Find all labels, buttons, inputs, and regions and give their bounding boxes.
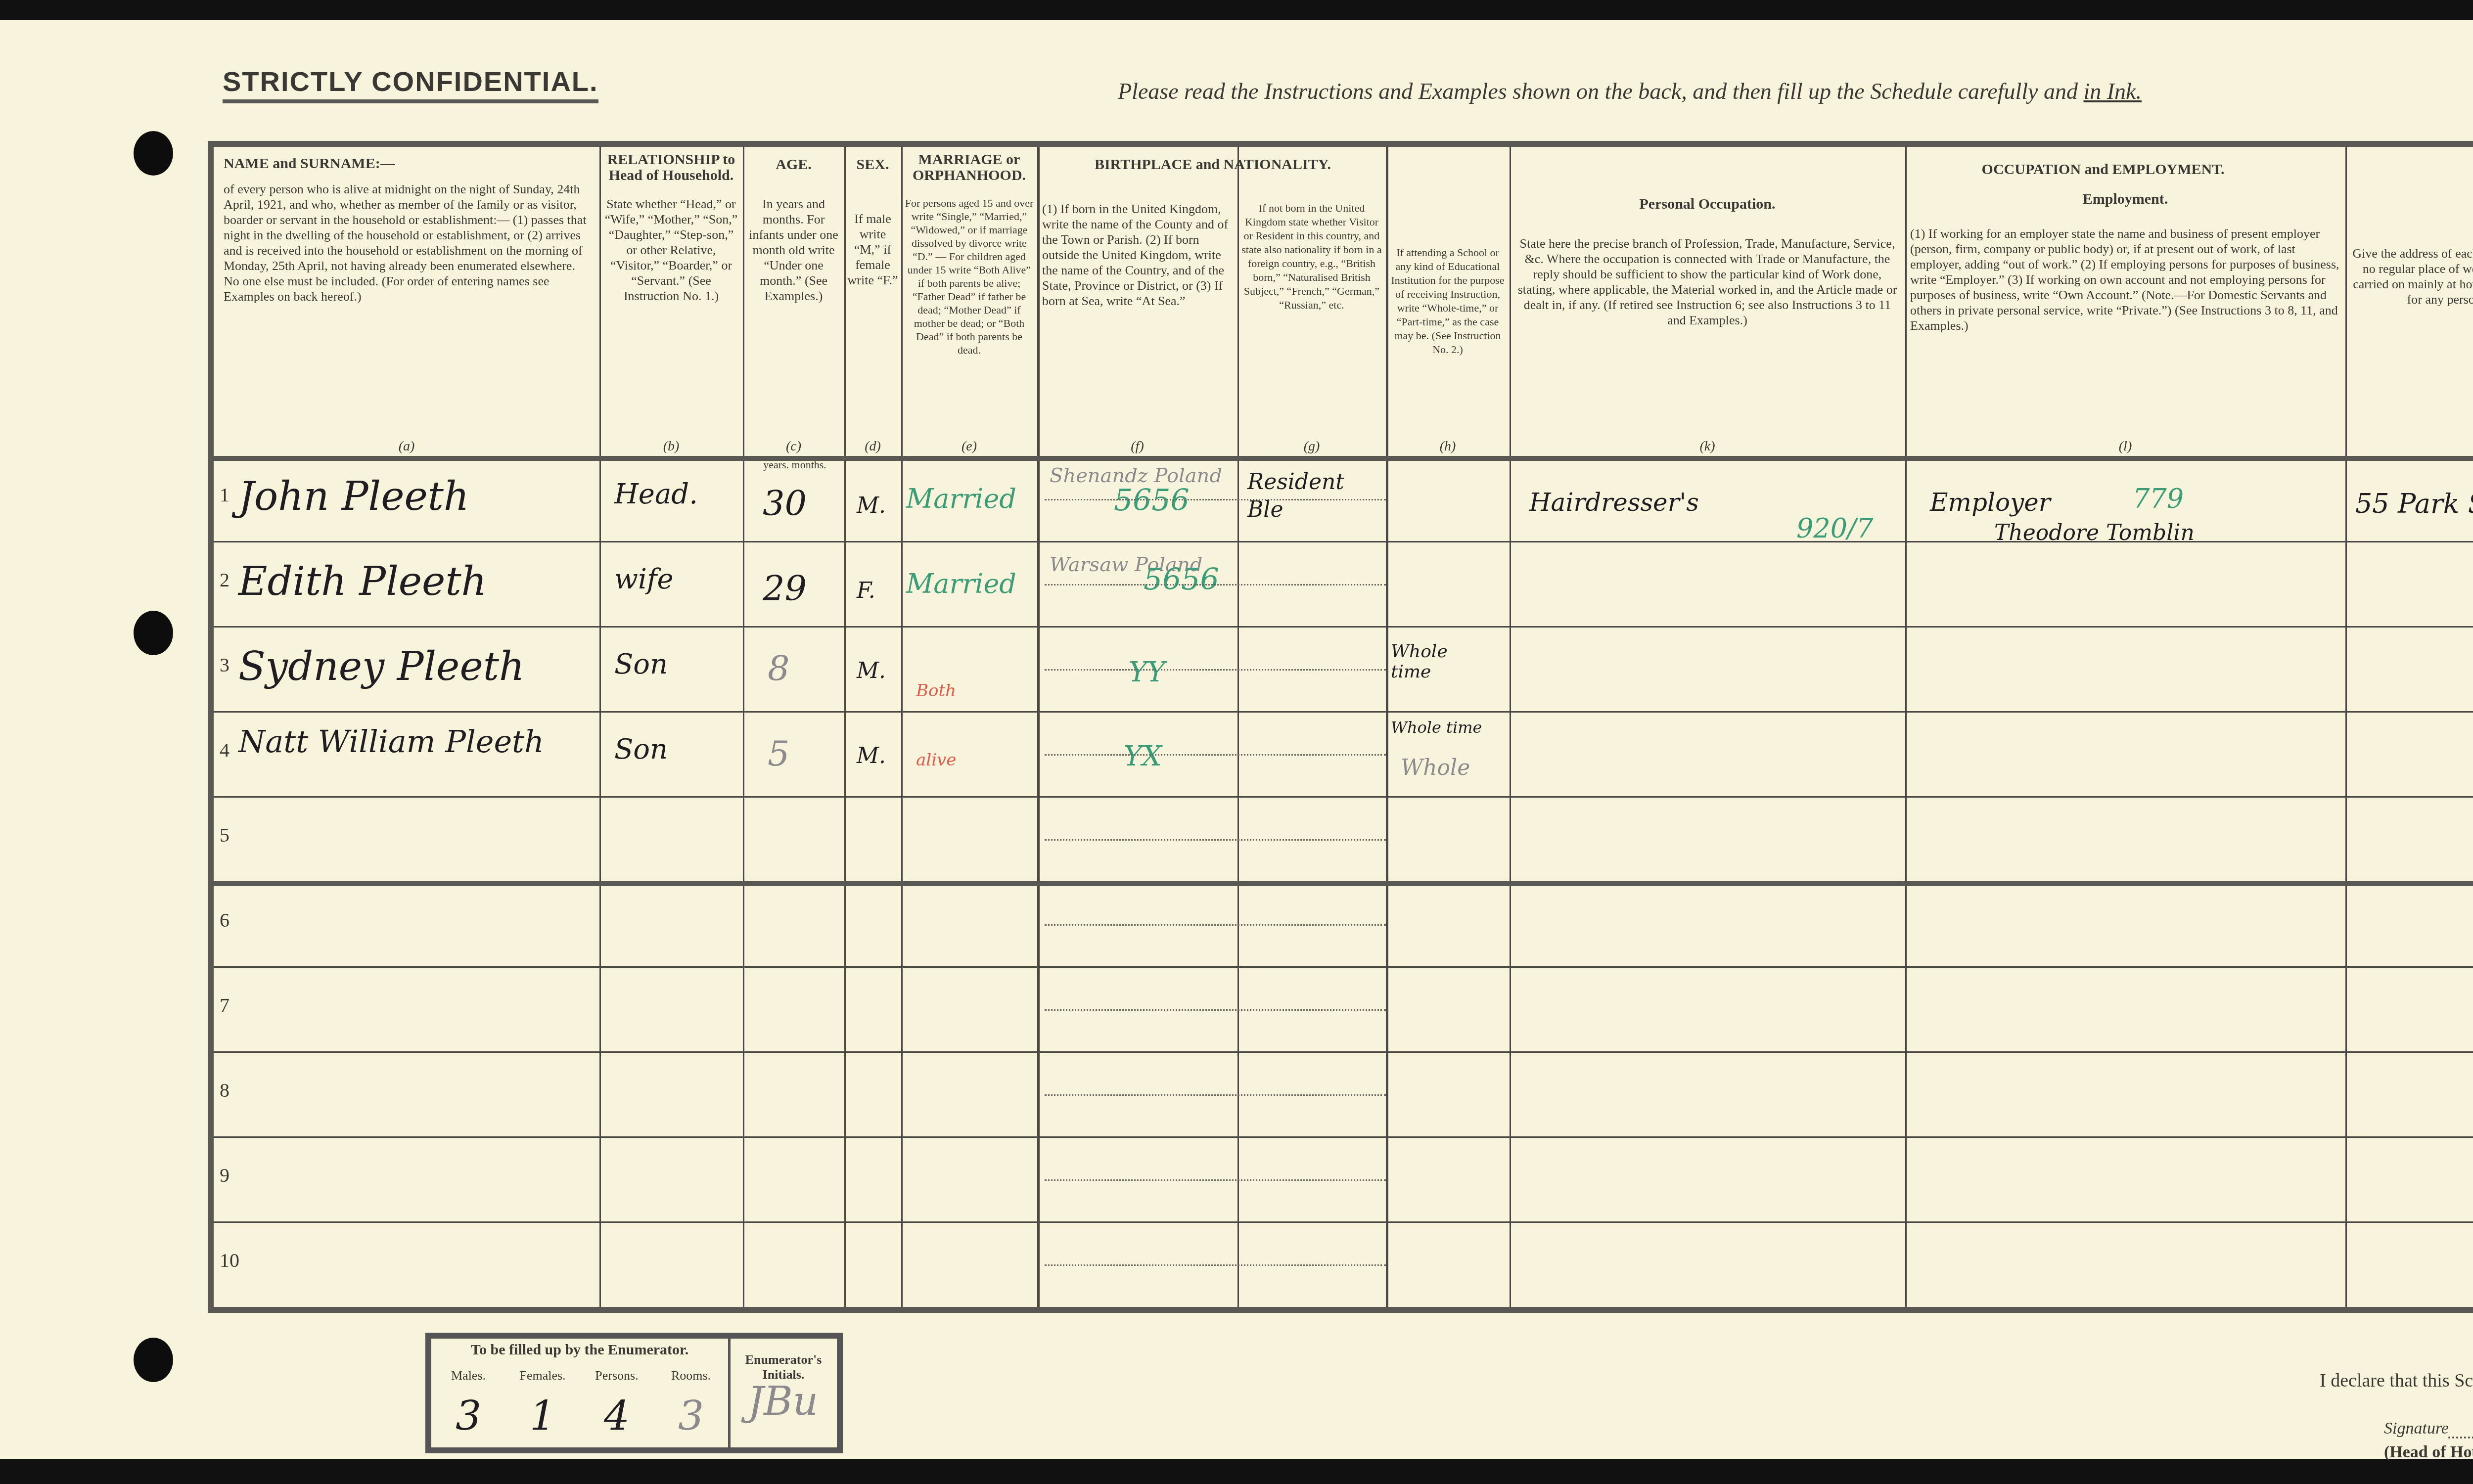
age: 30 <box>763 483 807 524</box>
education-note: Whole <box>1401 755 1470 780</box>
orphanhood: Both alive <box>916 656 990 795</box>
males-count: 3 <box>431 1393 505 1440</box>
person-name: Sydney Pleeth <box>238 643 524 689</box>
person-name: Edith Pleeth <box>238 558 487 604</box>
person-name: John Pleeth <box>238 473 469 519</box>
age: 29 <box>763 568 807 609</box>
instructions-line: Please read the Instructions and Example… <box>1118 78 2142 104</box>
females-count: 1 <box>505 1393 580 1440</box>
education: Whole time <box>1391 718 1482 737</box>
relationship: Son <box>614 648 668 680</box>
census-schedule-page: STRICTLY CONFIDENTIAL. Please read the I… <box>0 20 2473 1459</box>
rooms-count: 3 <box>654 1393 728 1440</box>
household-table: NAME and SURNAME:— of every person who i… <box>208 141 2473 1313</box>
birthplace-code: 5656 <box>1144 562 1219 597</box>
employment-code: 779 <box>2133 483 2184 514</box>
place-of-work: 55 Park St. n.w.1 <box>2355 488 2473 519</box>
relationship: Head. <box>614 478 698 510</box>
page-title: STRICTLY CONFIDENTIAL. <box>223 65 598 103</box>
education: Whole time <box>1391 641 1490 682</box>
declaration-text: I declare that this Schedule is correctl… <box>2320 1370 2473 1392</box>
birthplace-code: YY <box>1129 656 1165 688</box>
relationship: Son <box>614 733 668 765</box>
person-name: Natt William Pleeth <box>238 723 544 760</box>
sex: M. <box>857 743 886 768</box>
signature-footer: (Head of Household, Manager of Establish… <box>2384 1443 2473 1462</box>
name-instructions: of every person who is alive at midnight… <box>224 181 590 304</box>
sex: F. <box>857 578 875 603</box>
employment: Employer <box>1930 488 2051 517</box>
sex: M. <box>857 493 886 518</box>
persons-count: 4 <box>580 1393 654 1440</box>
nationality: Resident Ble <box>1247 468 1381 524</box>
marital-status: Married <box>906 483 1016 514</box>
employer-name: Theodore Tomblin <box>1994 520 2195 545</box>
occupation-code: 920/7 <box>1796 513 1874 544</box>
signature-label: Signature <box>2384 1419 2449 1438</box>
relationship: wife <box>614 563 674 595</box>
punch-hole <box>134 1338 173 1382</box>
sex: M. <box>857 658 886 683</box>
birthplace-code: YX <box>1124 740 1162 772</box>
age: 5 <box>768 733 790 774</box>
birthplace-code: 5656 <box>1114 483 1190 518</box>
enumerator-summary-box: To be filled up by the Enumerator. Enume… <box>425 1333 843 1453</box>
punch-hole <box>134 131 173 176</box>
enumerator-initials: JBu <box>748 1378 818 1424</box>
punch-hole <box>134 611 173 655</box>
age: 8 <box>768 648 790 689</box>
occupation: Hairdresser's <box>1529 488 1699 517</box>
place-code: 4250-04 <box>2469 516 2473 568</box>
marital-status: Married <box>906 568 1016 599</box>
